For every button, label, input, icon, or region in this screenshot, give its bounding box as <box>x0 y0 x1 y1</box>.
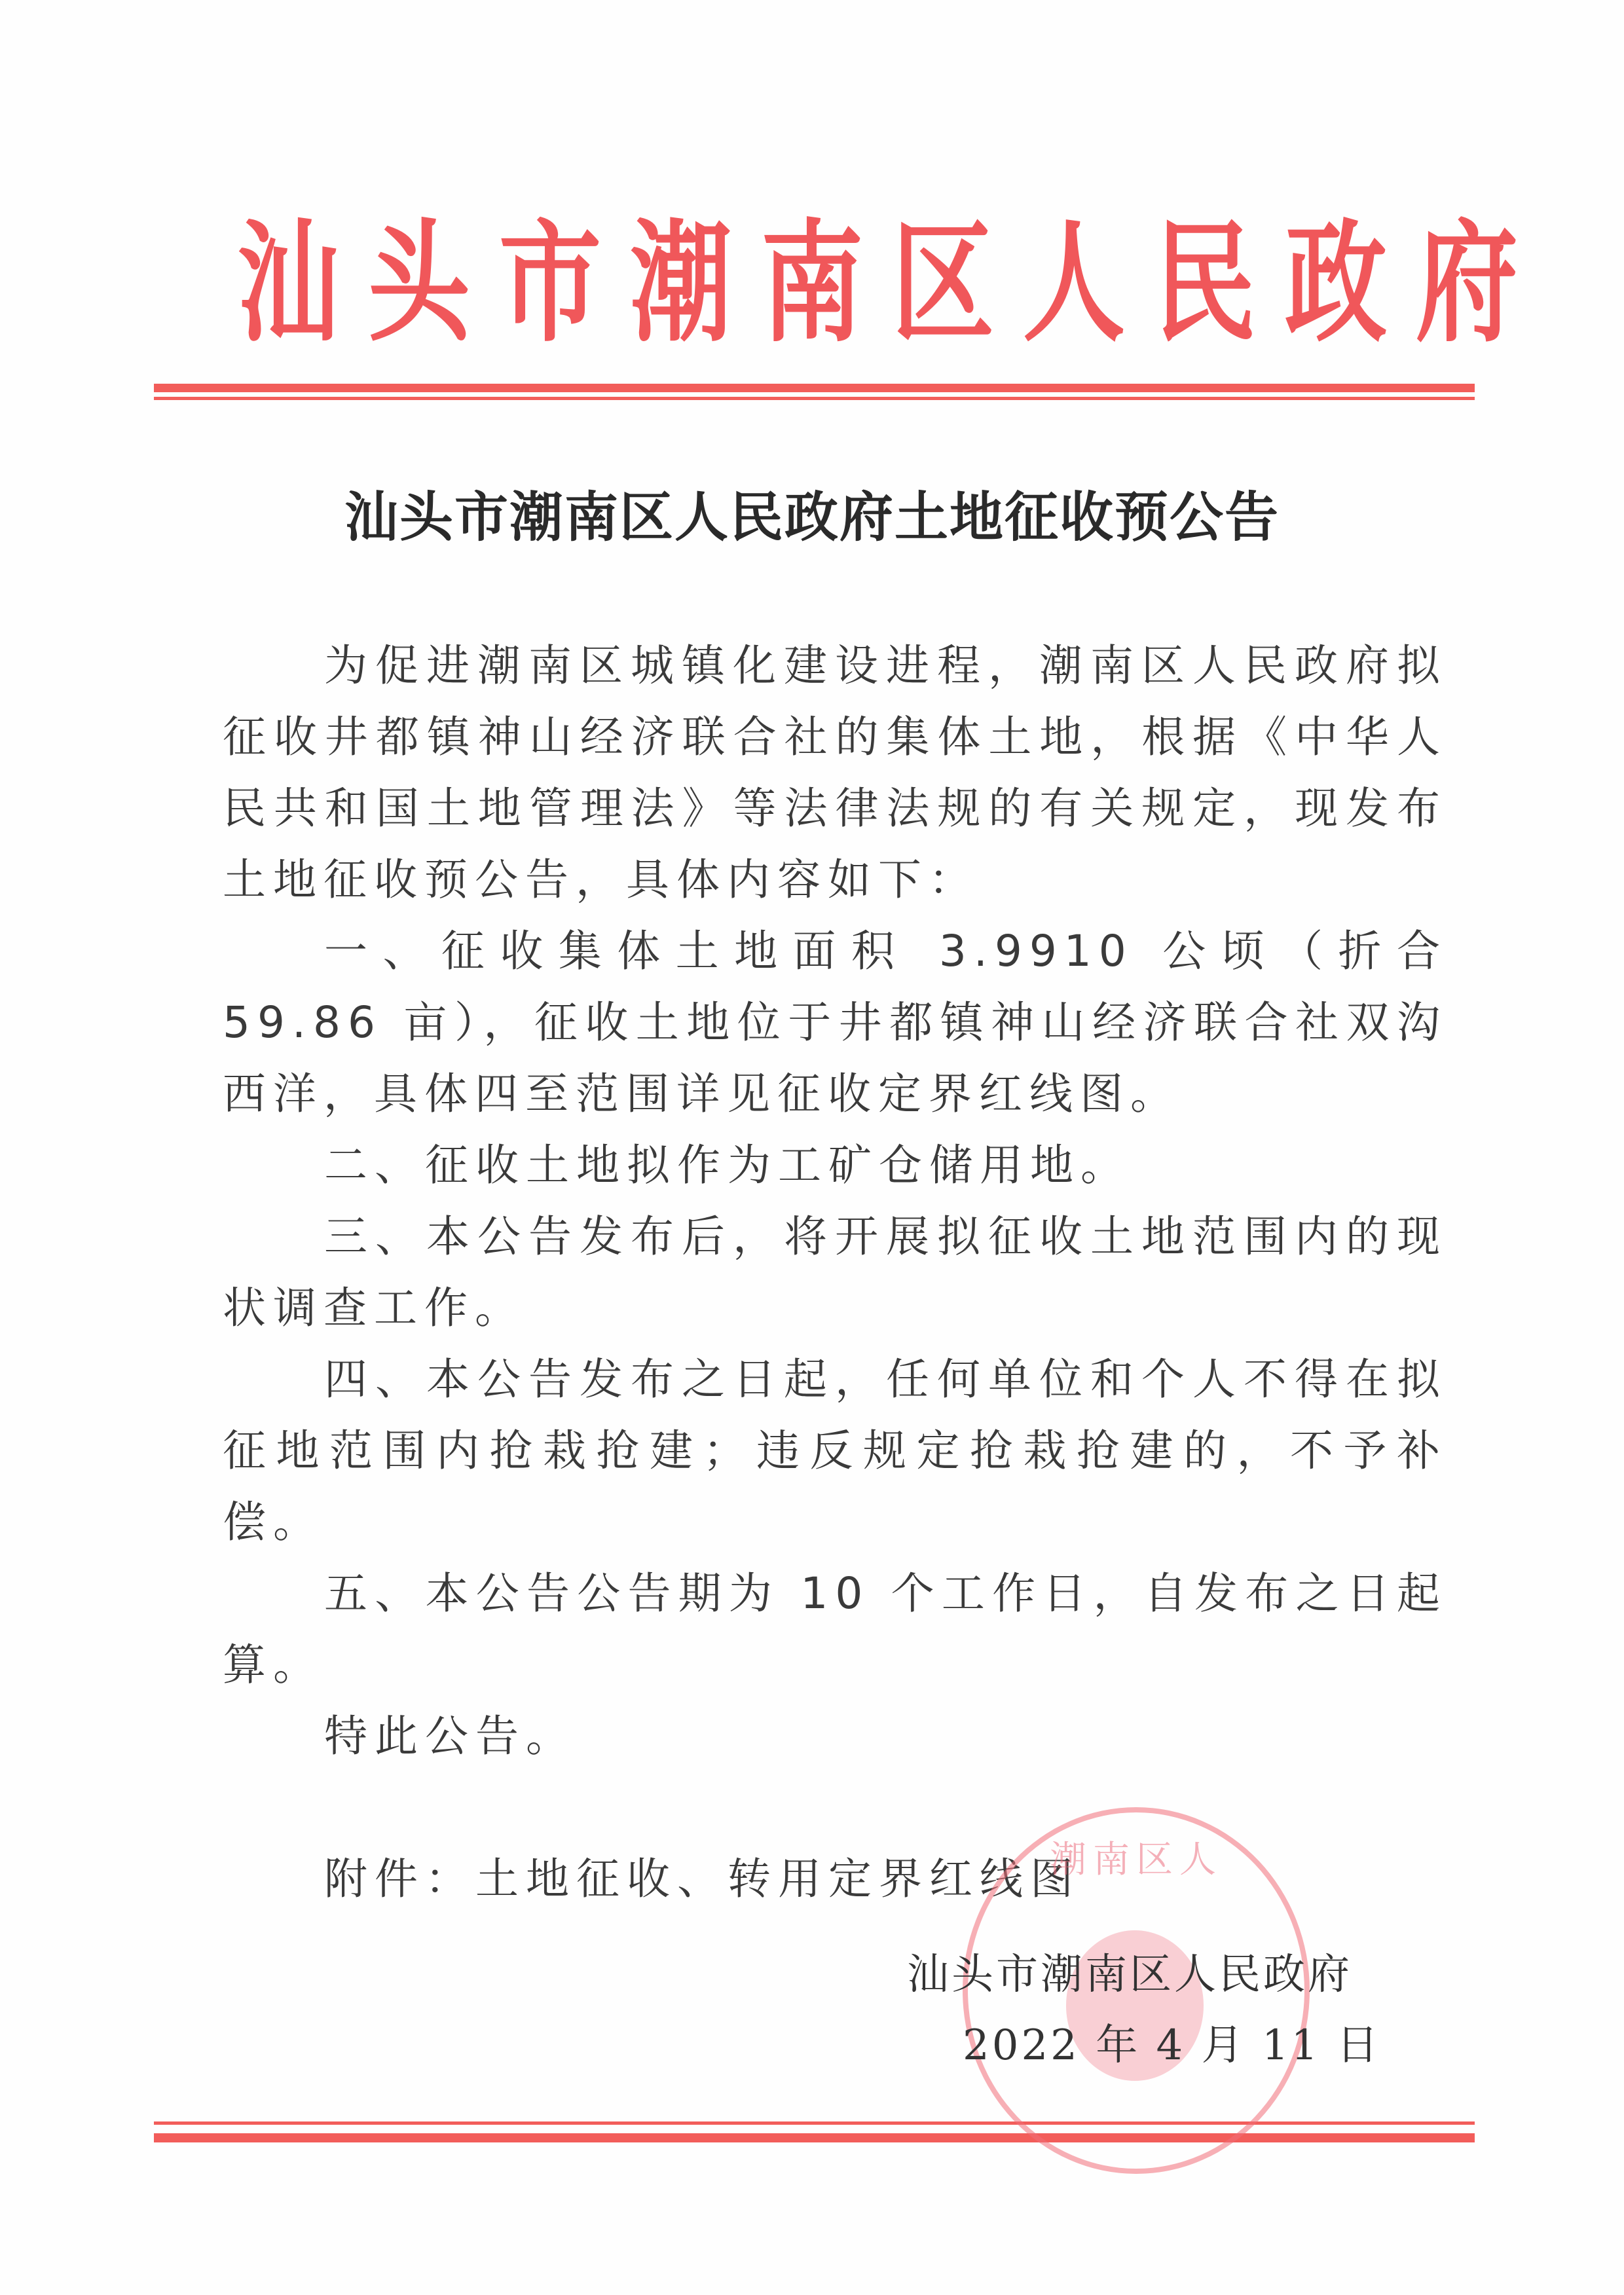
header-divider-thick <box>154 384 1475 392</box>
letterhead-char: 政 <box>1285 208 1387 359</box>
paragraph-item-1: 一、征收集体土地面积 3.9910 公顷（折合 59.86 亩），征收土地位于井… <box>223 915 1447 1129</box>
header-divider-thin <box>154 397 1475 400</box>
issue-date: 2022 年 4 月 11 日 <box>907 2010 1352 2081</box>
letterhead-title: 汕 头 市 潮 南 区 人 民 政 府 <box>223 208 1401 359</box>
letterhead-char: 潮 <box>630 208 732 359</box>
issuer-name: 汕头市潮南区人民政府 <box>907 1939 1352 2010</box>
document-body: 为促进潮南区城镇化建设进程，潮南区人民政府拟征收井都镇神山经济联合社的集体土地，… <box>223 630 1447 1915</box>
signature-block: 汕头市潮南区人民政府 2022 年 4 月 11 日 <box>907 1939 1352 2081</box>
paragraph-closing: 特此公告。 <box>223 1700 1447 1772</box>
letterhead-char: 人 <box>1023 208 1125 359</box>
letterhead-char: 区 <box>892 208 994 359</box>
paragraph-item-3: 三、本公告发布后，将开展拟征收土地范围内的现状调查工作。 <box>223 1201 1447 1344</box>
paragraph-intro: 为促进潮南区城镇化建设进程，潮南区人民政府拟征收井都镇神山经济联合社的集体土地，… <box>223 630 1447 915</box>
letterhead-char: 南 <box>761 208 863 359</box>
paragraph-item-2: 二、征收土地拟作为工矿仓储用地。 <box>223 1129 1447 1201</box>
paragraph-item-5: 五、本公告公告期为 10 个工作日，自发布之日起算。 <box>223 1558 1447 1700</box>
letterhead-char: 民 <box>1154 208 1256 359</box>
letterhead-char: 市 <box>499 208 601 359</box>
footer-divider-thin <box>154 2121 1475 2125</box>
letterhead-char: 头 <box>368 208 470 359</box>
letterhead-char: 汕 <box>237 208 339 359</box>
document-page: 汕 头 市 潮 南 区 人 民 政 府 汕头市潮南区人民政府土地征收预公告 为促… <box>0 0 1624 2295</box>
paragraph-item-4: 四、本公告发布之日起，任何单位和个人不得在拟征地范围内抢栽抢建；违反规定抢栽抢建… <box>223 1344 1447 1558</box>
letterhead-char: 府 <box>1416 208 1518 359</box>
seal-ring-text: 潮南区人 <box>968 1831 1304 1883</box>
footer-divider-thick <box>154 2133 1475 2142</box>
document-title: 汕头市潮南区人民政府土地征收预公告 <box>157 481 1467 553</box>
